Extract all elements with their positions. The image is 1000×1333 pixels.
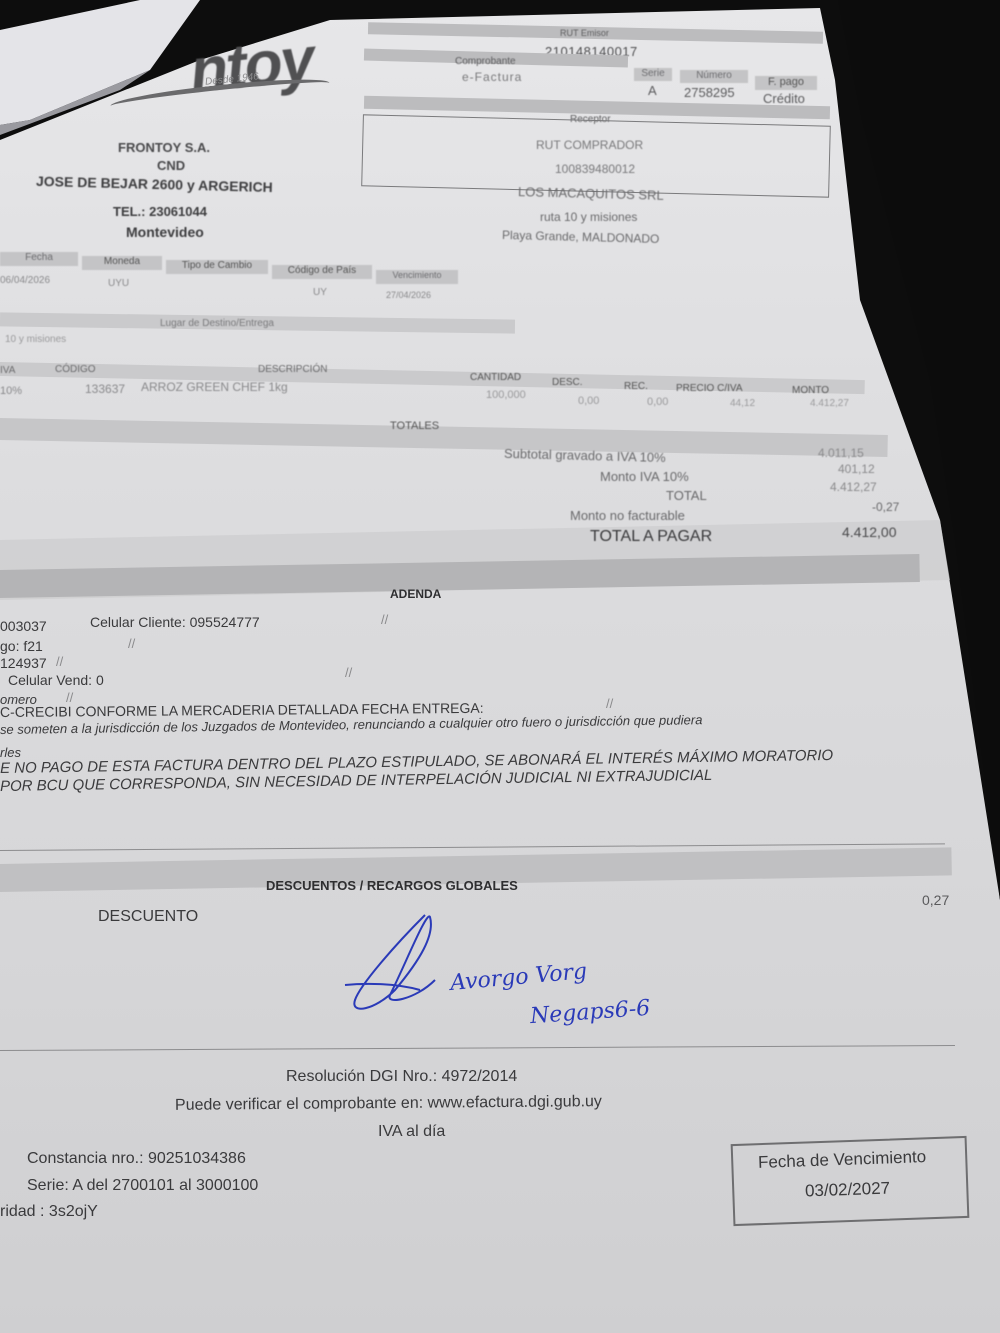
dark-edge [0,0,1000,1333]
